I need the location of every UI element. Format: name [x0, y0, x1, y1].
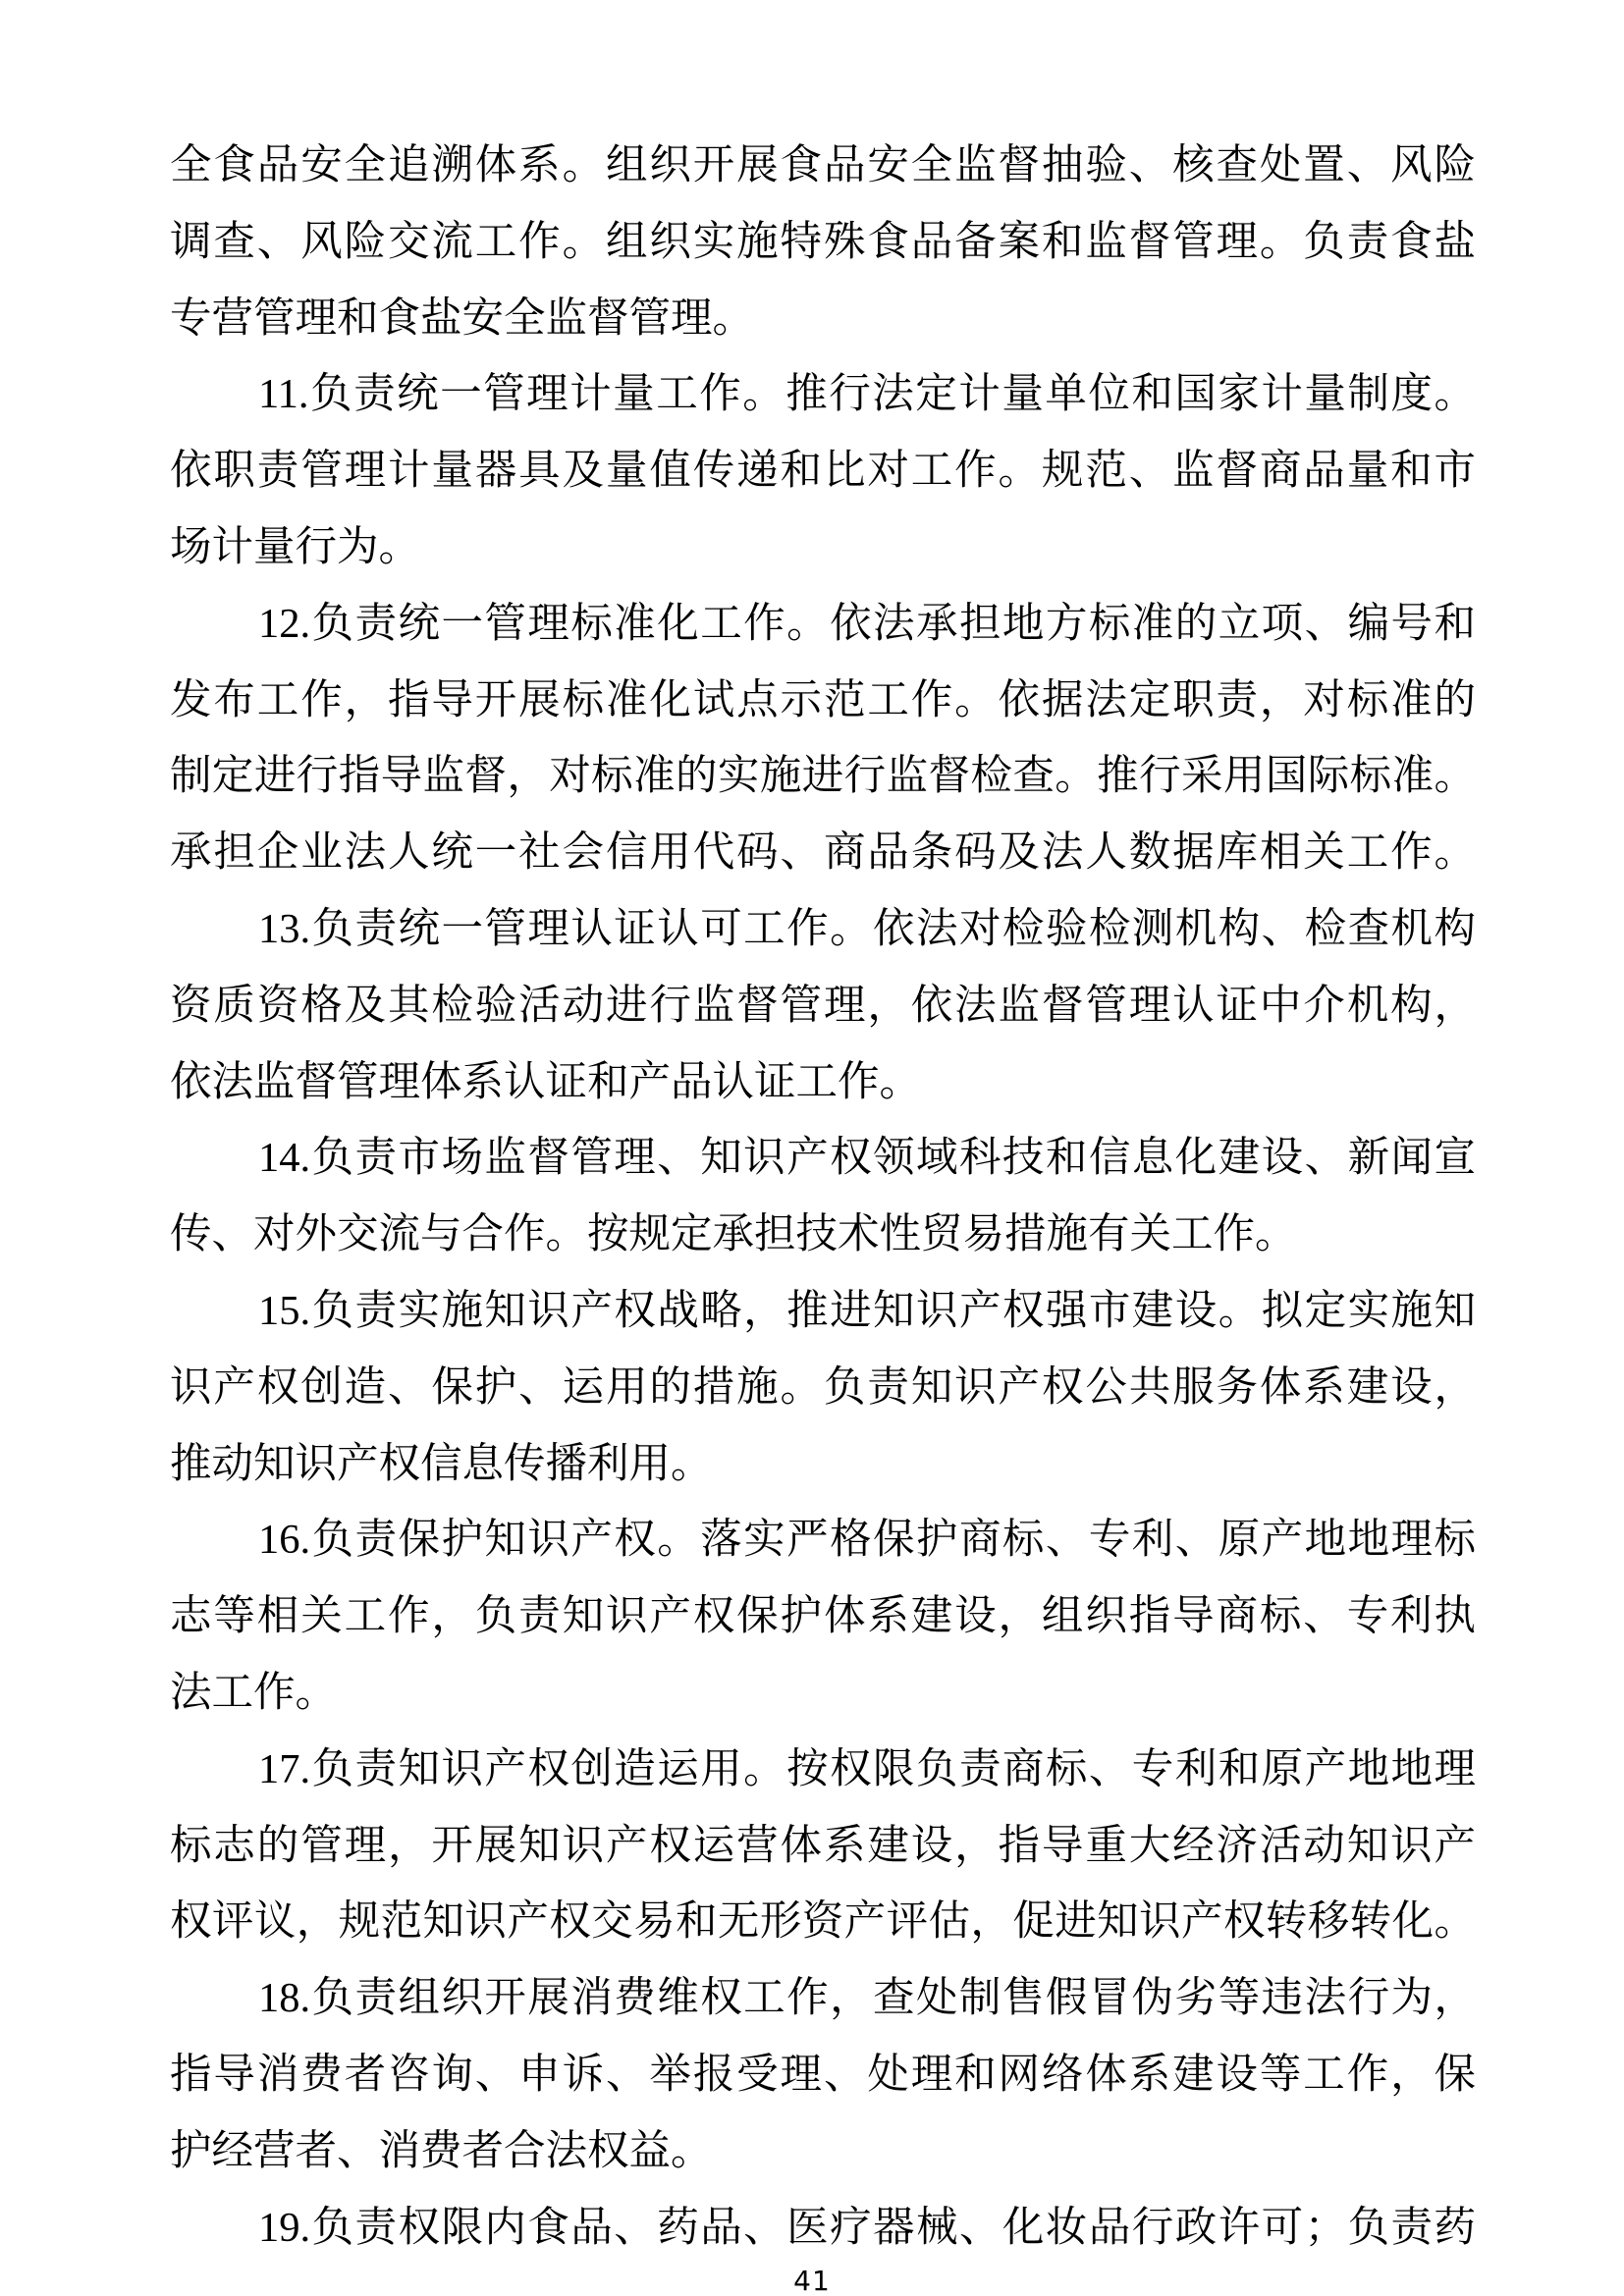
text-line: 12.负责统一管理标准化工作。依法承担地方标准的立项、编号和	[170, 586, 1476, 663]
text-line: 制定进行指导监督，对标准的实施进行监督检查。推行采用国际标准。	[170, 738, 1476, 815]
text-line: 承担企业法人统一社会信用代码、商品条码及法人数据库相关工作。	[170, 815, 1476, 891]
text-line: 发布工作，指导开展标准化试点示范工作。依据法定职责，对标准的	[170, 663, 1476, 739]
paragraph: 19.负责权限内食品、药品、医疗器械、化妆品行政许可；负责药	[170, 2190, 1476, 2267]
text-line: 全食品安全追溯体系。组织开展食品安全监督抽验、核查处置、风险	[170, 128, 1476, 204]
page-number: 41	[793, 2265, 831, 2296]
paragraph: 12.负责统一管理标准化工作。依法承担地方标准的立项、编号和发布工作，指导开展标…	[170, 586, 1476, 891]
text-line: 传、对外交流与合作。按规定承担技术性贸易措施有关工作。	[170, 1197, 1476, 1273]
text-line: 护经营者、消费者合法权益。	[170, 2113, 1476, 2190]
paragraph: 18.负责组织开展消费维权工作，查处制售假冒伪劣等违法行为，指导消费者咨询、申诉…	[170, 1960, 1476, 2189]
paragraph: 17.负责知识产权创造运用。按权限负责商标、专利和原产地地理标志的管理，开展知识…	[170, 1732, 1476, 1960]
document-page: 全食品安全追溯体系。组织开展食品安全监督抽验、核查处置、风险调查、风险交流工作。…	[0, 0, 1624, 2296]
text-line: 推动知识产权信息传播利用。	[170, 1426, 1476, 1503]
paragraph: 全食品安全追溯体系。组织开展食品安全监督抽验、核查处置、风险调查、风险交流工作。…	[170, 128, 1476, 356]
text-line: 场计量行为。	[170, 509, 1476, 586]
text-line: 依法监督管理体系认证和产品认证工作。	[170, 1044, 1476, 1121]
page-footer: 41	[0, 2265, 1624, 2296]
text-line: 指导消费者咨询、申诉、举报受理、处理和网络体系建设等工作，保	[170, 2037, 1476, 2113]
text-line: 权评议，规范知识产权交易和无形资产评估，促进知识产权转移转化。	[170, 1884, 1476, 1960]
text-line: 志等相关工作，负责知识产权保护体系建设，组织指导商标、专利执	[170, 1578, 1476, 1655]
text-line: 16.负责保护知识产权。落实严格保护商标、专利、原产地地理标	[170, 1502, 1476, 1578]
text-line: 11.负责统一管理计量工作。推行法定计量单位和国家计量制度。	[170, 356, 1476, 433]
paragraph: 14.负责市场监督管理、知识产权领域科技和信息化建设、新闻宣传、对外交流与合作。…	[170, 1120, 1476, 1273]
text-line: 15.负责实施知识产权战略，推进知识产权强市建设。拟定实施知	[170, 1273, 1476, 1350]
text-line: 专营管理和食盐安全监督管理。	[170, 281, 1476, 357]
text-line: 法工作。	[170, 1655, 1476, 1732]
text-line: 识产权创造、保护、运用的措施。负责知识产权公共服务体系建设，	[170, 1350, 1476, 1426]
text-line: 17.负责知识产权创造运用。按权限负责商标、专利和原产地地理	[170, 1732, 1476, 1808]
paragraph: 16.负责保护知识产权。落实严格保护商标、专利、原产地地理标志等相关工作，负责知…	[170, 1502, 1476, 1731]
text-line: 18.负责组织开展消费维权工作，查处制售假冒伪劣等违法行为，	[170, 1960, 1476, 2037]
text-line: 13.负责统一管理认证认可工作。依法对检验检测机构、检查机构	[170, 891, 1476, 968]
text-line: 依职责管理计量器具及量值传递和比对工作。规范、监督商品量和市	[170, 433, 1476, 509]
text-line: 14.负责市场监督管理、知识产权领域科技和信息化建设、新闻宣	[170, 1120, 1476, 1197]
paragraph: 13.负责统一管理认证认可工作。依法对检验检测机构、检查机构资质资格及其检验活动…	[170, 891, 1476, 1120]
text-line: 19.负责权限内食品、药品、医疗器械、化妆品行政许可；负责药	[170, 2190, 1476, 2267]
text-line: 资质资格及其检验活动进行监督管理，依法监督管理认证中介机构，	[170, 968, 1476, 1044]
paragraph: 15.负责实施知识产权战略，推进知识产权强市建设。拟定实施知识产权创造、保护、运…	[170, 1273, 1476, 1502]
text-line: 调查、风险交流工作。组织实施特殊食品备案和监督管理。负责食盐	[170, 204, 1476, 281]
paragraph: 11.负责统一管理计量工作。推行法定计量单位和国家计量制度。依职责管理计量器具及…	[170, 356, 1476, 585]
text-line: 标志的管理，开展知识产权运营体系建设，指导重大经济活动知识产	[170, 1808, 1476, 1885]
document-body: 全食品安全追溯体系。组织开展食品安全监督抽验、核查处置、风险调查、风险交流工作。…	[170, 128, 1476, 2266]
